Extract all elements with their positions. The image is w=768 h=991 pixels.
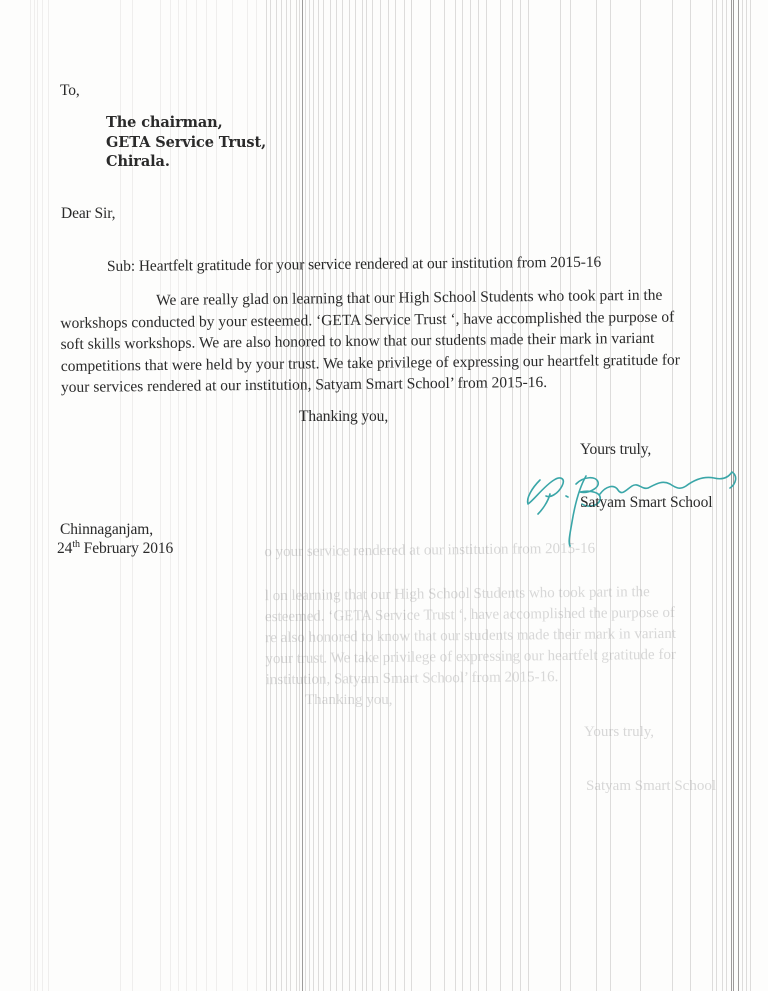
recipient-address: The chairman, GETA Service Trust, Chiral… xyxy=(106,113,266,172)
ghost-body-line: institution, Satyam Smart School’ from 2… xyxy=(266,666,677,691)
recipient-city: Chirala. xyxy=(106,152,266,172)
closing: Thanking you, xyxy=(299,406,388,427)
date-day: 24 xyxy=(57,540,72,557)
letter-body: We are really glad on learning that our … xyxy=(60,284,751,399)
recipient-title: The chairman, xyxy=(106,113,266,133)
date-month-year: February 2016 xyxy=(80,540,173,557)
date-suffix: th xyxy=(72,539,80,550)
ghost-closing: Thanking you, xyxy=(305,690,393,711)
ghost-body-line: your trust. We take privilege of express… xyxy=(265,645,676,670)
ghost-signatory: Satyam Smart School xyxy=(586,776,716,797)
signatory-name: Satyam Smart School xyxy=(580,492,712,513)
bleed-through-text: o your service rendered at our instituti… xyxy=(264,538,676,691)
ghost-valediction: Yours truly, xyxy=(584,722,654,743)
place: Chinnaganjam, xyxy=(60,519,153,540)
subject-line: Sub: Heartfelt gratitude for your servic… xyxy=(107,252,601,277)
recipient-organization: GETA Service Trust, xyxy=(106,133,266,153)
date: 24th February 2016 xyxy=(57,538,173,559)
to-label: To, xyxy=(60,80,80,101)
salutation: Dear Sir, xyxy=(61,203,115,224)
scanned-letter: o your service rendered at our instituti… xyxy=(0,0,768,991)
